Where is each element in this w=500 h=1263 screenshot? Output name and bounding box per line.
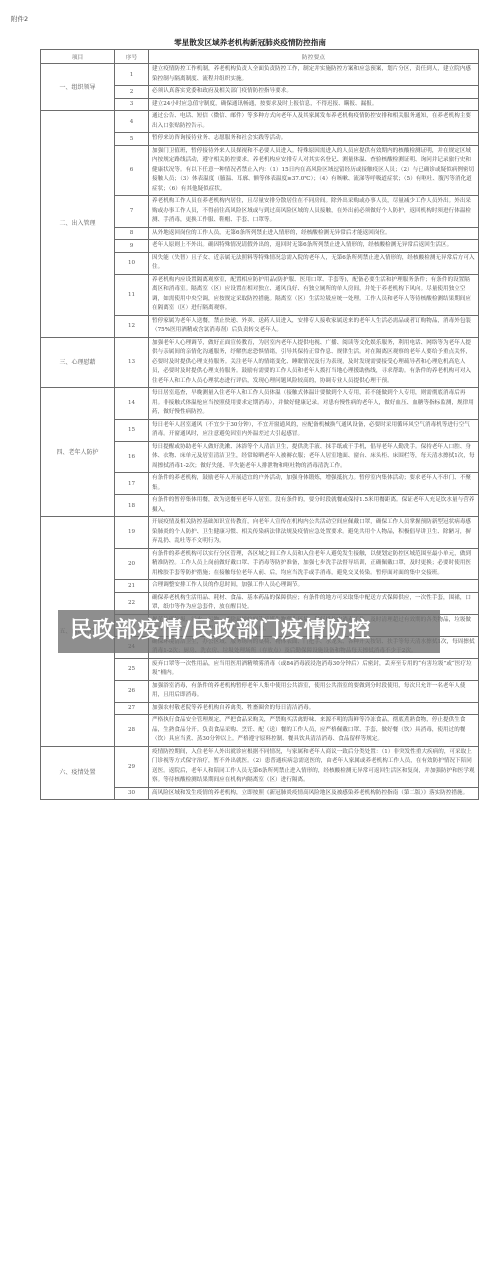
item-number: 21 — [115, 580, 149, 593]
table-header-row: 项目 序号 防控要点 — [41, 50, 479, 64]
item-text: 每日居室巡查，早晚测量入住老年人和工作人员体温（接触式体温计要做到个人专用，若不… — [149, 388, 479, 420]
item-number: 17 — [115, 473, 149, 495]
item-text: 严格执行食品安全管理规定，严把食品采购关，严禁购买活禽野味、来源不明的海鲜等冷冻… — [149, 715, 479, 747]
item-text: 老年人原则上不外出。确因特殊情况请假外出的，返回时无第6条所列禁止进入情形的，经… — [149, 240, 479, 253]
item-text: 疫情防控期间，入住老年人外出就诊应根据不同情况，与家属和老年人商议一致后分类处置… — [149, 746, 479, 787]
item-number: 29 — [115, 746, 149, 787]
item-text: 有条件的养老机构，鼓励老年人开展适宜的户外活动，加强身体锻炼，增强抵抗力。暂停室… — [149, 473, 479, 495]
item-text: 有条件的暂停集体用餐，改为送餐至老年人居室。没有条件的，要分时段就餐或保持1.5… — [149, 495, 479, 517]
table-row: 四、老年人防护14每日居室巡查，早晚测量入住老年人和工作人员体温（接触式体温计要… — [41, 388, 479, 420]
item-text: 每日提醒或协助老年人做好洗漱、沐浴等个人清洁卫生，提供洗手液、抹手纸或干手机，倡… — [149, 441, 479, 473]
item-text: 加强农村敬老院等养老机构自养禽类、牲畜圈舍的每日清洁消毒。 — [149, 702, 479, 715]
item-number: 30 — [115, 787, 149, 800]
item-text: 从外地返回岗位的工作人员，无第6条所列禁止进入情形的，经核酸检测无异常后才能返回… — [149, 227, 479, 240]
item-text: 暂停来访咨询接待业务、志愿服务和社会实践等活动。 — [149, 133, 479, 146]
category-cell: 二、出入管理 — [41, 111, 115, 338]
item-number: 1 — [115, 64, 149, 86]
item-number: 7 — [115, 196, 149, 228]
item-number: 8 — [115, 227, 149, 240]
item-number: 27 — [115, 702, 149, 715]
header-category: 项目 — [41, 50, 115, 64]
table-row: 一、组织领导1建立疫情防控工作机制，养老机构负责人全面负责防控工作，制定并实施防… — [41, 64, 479, 86]
category-cell: 一、组织领导 — [41, 64, 115, 111]
document-title: 零星散发区域养老机构新冠肺炎疫情防控指南 — [0, 37, 500, 48]
item-number: 19 — [115, 517, 149, 549]
item-text: 因失能（失智）且子女、近亲属无法照料等特殊情况急需入院的老年人，无第6条所列禁止… — [149, 252, 479, 274]
item-text: 每日老年人居室通风（不宜少于30分钟），不宜开窗通风的，应配备机械换气通风设备，… — [149, 419, 479, 441]
item-number: 14 — [115, 388, 149, 420]
category-cell: 四、老年人防护 — [41, 388, 115, 517]
category-cell: 三、心理慰藉 — [41, 337, 115, 388]
item-text: 养老机构内应设置隔离观察室，配置相应防护用品(防护服、医用口罩、手套等)，配备必… — [149, 274, 479, 315]
item-number: 2 — [115, 86, 149, 99]
item-number: 11 — [115, 274, 149, 315]
table-row: 二、出入管理4通过公告、电话、短信（微信、邮件）等多种方式向老年人及其家属发布养… — [41, 111, 479, 133]
table-row: 五、内部管控19开展疫情及相关防控基础知识宣传教育，向老年人宣传在机构内公共活动… — [41, 517, 479, 549]
item-text: 必须认真落实党委和政府及相关部门疫情防控指导要求。 — [149, 86, 479, 99]
item-text: 加强门卫值班，暂停接待外来人员探视和不必要人员进入。特殊原因需进入的人员应提供有… — [149, 145, 479, 196]
table-row: 六、疫情处置29疫情防控期间，入住老年人外出就诊应根据不同情况，与家属和老年人商… — [41, 746, 479, 787]
header-number: 序号 — [115, 50, 149, 64]
table-row: 三、心理慰藉13加强老年人心理调节，做好正面宣传教育，为居室内老年人提供电视、广… — [41, 337, 479, 388]
item-number: 13 — [115, 337, 149, 388]
item-text: 开展疫情及相关防控基础知识宣传教育，向老年人宣传在机构内公共活动空间应佩戴口罩，… — [149, 517, 479, 549]
item-number: 12 — [115, 315, 149, 337]
item-text: 建立24小时应急值守制度，确保通讯畅通，按要求及时上报信息，不得迟报、瞒报、漏报… — [149, 98, 479, 111]
item-number: 18 — [115, 495, 149, 517]
item-number: 9 — [115, 240, 149, 253]
item-text: 暂停家属为老年人送餐，禁止快递、外卖、送药人员进入，安排专人接收家属送来的老年人… — [149, 315, 479, 337]
overlay-banner-text: 民政部疫情/民政部门疫情防控 — [70, 613, 371, 644]
item-number: 16 — [115, 441, 149, 473]
item-number: 20 — [115, 548, 149, 580]
item-text: 通过公告、电话、短信（微信、邮件）等多种方式向老年人及其家属发布养老机构疫情防控… — [149, 111, 479, 133]
item-text: 合理调整安排工作人员的作息时间，加强工作人员心理调节。 — [149, 580, 479, 593]
item-number: 4 — [115, 111, 149, 133]
category-cell: 六、疫情处置 — [41, 746, 115, 800]
item-text: 加强老年人心理调节，做好正面宣传教育，为居室内老年人提供电视、广播、阅读等文化娱… — [149, 337, 479, 388]
item-number: 5 — [115, 133, 149, 146]
item-number: 6 — [115, 145, 149, 196]
item-number: 28 — [115, 715, 149, 747]
guideline-table: 项目 序号 防控要点 一、组织领导1建立疫情防控工作机制，养老机构负责人全面负责… — [40, 49, 479, 800]
item-text: 高风险区域和发生疫情的养老机构，立即按照《新冠肺炎疫情高风险地区及被感染养老机构… — [149, 787, 479, 800]
item-number: 26 — [115, 680, 149, 702]
item-number: 15 — [115, 419, 149, 441]
item-text: 加强浴室消毒，有条件的养老机构暂停老年人集中使用公共浴室，使用公共浴室的要做到分… — [149, 680, 479, 702]
item-number: 25 — [115, 658, 149, 680]
item-text: 建立疫情防控工作机制，养老机构负责人全面负责防控工作，制定并实施防控方案和应急预… — [149, 64, 479, 86]
item-text: 养老机构工作人员在养老机构内居住，且尽量安排分散居住在不同房间。除外出采购或办事… — [149, 196, 479, 228]
item-text: 废弃口罩等一次性用品，应当用医用酒精喷雾消毒（或84消毒液浸泡消毒30分钟后）后… — [149, 658, 479, 680]
attachment-label: 附件2 — [11, 14, 28, 23]
item-number: 3 — [115, 98, 149, 111]
item-text: 有条件的养老机构可以实行分区管理，各区域之间工作人员和入住老年人避免发生接触，以… — [149, 548, 479, 580]
item-number: 10 — [115, 252, 149, 274]
header-key-points: 防控要点 — [149, 50, 479, 64]
